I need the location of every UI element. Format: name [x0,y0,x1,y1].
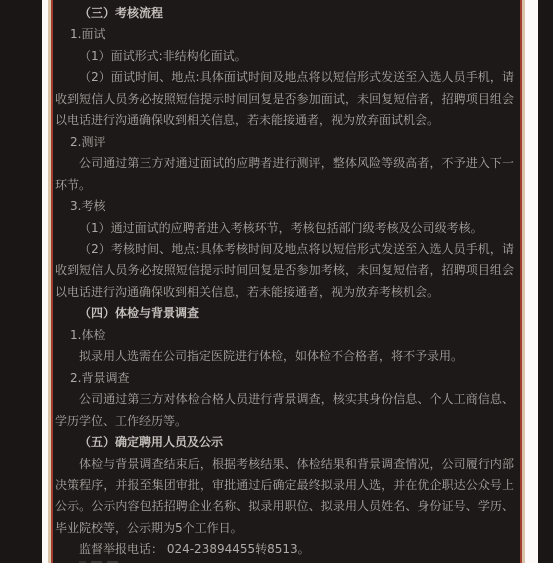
doc-paragraph: 公司通过第三方对通过面试的应聘者进行测评，整体风险等级高者，不予进入下一环节。 [55,153,514,196]
doc-paragraph: 拟录用人选需在公司指定医院进行体检，如体检不合格者，将不予录用。 [55,346,514,367]
page-background: （三）考核流程1.面试（1）面试形式:非结构化面试。（2）面试时间、地点:具体面… [0,0,553,563]
doc-paragraph: （1）通过面试的应聘者进入考核环节，考核包括部门级考核及公司级考核。 [55,218,514,239]
document-panel: （三）考核流程1.面试（1）面试形式:非结构化面试。（2）面试时间、地点:具体面… [51,0,522,563]
doc-paragraph: 2.背景调查 [55,368,514,389]
doc-paragraph: （1）面试形式:非结构化面试。 [55,46,514,67]
doc-paragraph: 体检与背景调查结束后，根据考核结果、体检结果和背景调查情况，公司履行内部决策程序… [55,454,514,540]
doc-paragraph: 2.测评 [55,132,514,153]
doc-paragraph: （2）面试时间、地点:具体面试时间及地点将以短信形式发送至入选人员手机，请收到短… [55,67,514,131]
doc-paragraph: 公司通过第三方对体检合格人员进行背景调查，核实其身份信息、个人工商信息、学历学位… [55,389,514,432]
doc-paragraph: （2）考核时间、地点:具体考核时间及地点将以短信形式发送至入选人员手机，请收到短… [55,239,514,303]
doc-paragraph: 1.体检 [55,325,514,346]
paper-column: （三）考核流程1.面试（1）面试形式:非结构化面试。（2）面试时间、地点:具体面… [42,0,538,563]
doc-heading: （三）考核流程 [55,3,514,24]
doc-paragraph: 3.考核 [55,196,514,217]
doc-heading: （四）体检与背景调查 [55,303,514,324]
doc-heading: （五）确定聘用人员及公示 [55,432,514,453]
doc-paragraph: 监督举报电话： 024-23894455转8513。 [55,539,514,560]
document-body: （三）考核流程1.面试（1）面试形式:非结构化面试。（2）面试时间、地点:具体面… [53,0,520,563]
doc-paragraph: 1.面试 [55,24,514,45]
